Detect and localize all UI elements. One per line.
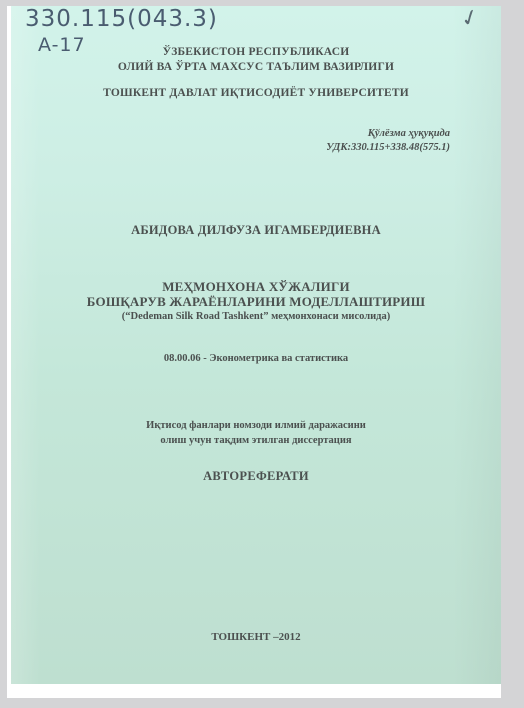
scan-sheet: 330.115(043.3) A-17 ✓ ЎЗБЕКИСТОН РЕСПУБЛ…	[7, 6, 501, 698]
document-type: АВТОРЕФЕРАТИ	[11, 469, 501, 484]
author-name: АБИДОВА ДИЛФУЗА ИГАМБЕРДИЕВНА	[11, 223, 501, 238]
udk-code: УДК:330.115+338.48(575.1)	[326, 142, 450, 153]
city-year: ТОШКЕНТ –2012	[11, 631, 501, 643]
degree-line-2: олиш учун тақдим этилган диссертация	[11, 435, 501, 446]
document-page: 330.115(043.3) A-17 ✓ ЎЗБЕКИСТОН РЕСПУБЛ…	[11, 6, 501, 684]
ministry-line-1: ЎЗБЕКИСТОН РЕСПУБЛИКАСИ	[11, 46, 501, 58]
copyright-note: Қўлёзма ҳуқуқида	[368, 128, 450, 139]
university-name: ТОШКЕНТ ДАВЛАТ ИҚТИСОДИЁТ УНИВЕРСИТЕТИ	[11, 87, 501, 99]
title-line-2: БОШҚАРУВ ЖАРАЁНЛАРИНИ МОДЕЛЛАШТИРИШ	[11, 294, 501, 310]
title-line-1: МЕҲМОНХОНА ХЎЖАЛИГИ	[11, 279, 501, 295]
speciality: 08.00.06 - Эконометрика ва статистика	[11, 353, 501, 364]
checkmark-icon: ✓	[457, 6, 484, 34]
title-subtitle: (“Dedeman Silk Road Tashkent” меҳмонхона…	[11, 311, 501, 322]
handwritten-classification-code: 330.115(043.3)	[25, 6, 218, 32]
ministry-line-2: ОЛИЙ ВА ЎРТА МАХСУС ТАЪЛИМ ВАЗИРЛИГИ	[11, 61, 501, 73]
degree-line-1: Иқтисод фанлари номзоди илмий даражасини	[11, 420, 501, 431]
